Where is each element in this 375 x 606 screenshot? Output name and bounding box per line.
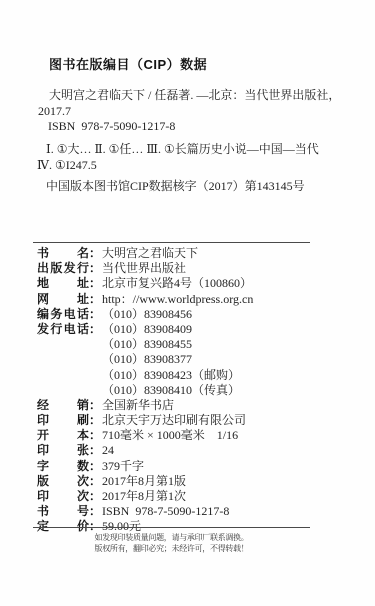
colophon-colon: ： <box>89 307 102 322</box>
colophon-value: 大明宫之君临天下 <box>102 246 198 260</box>
colophon-row: 书号：ISBN 978-7-5090-1217-8 <box>37 504 337 519</box>
colophon-row: 版次：2017年8月第1版 <box>37 474 337 489</box>
colophon-label: 印次 <box>37 489 89 504</box>
colophon-value: http：//www.worldpress.org.cn <box>102 292 253 306</box>
colophon-row: 开本：710毫米 × 1000毫米 1/16 <box>37 428 337 443</box>
colophon-label: 版次 <box>37 474 89 489</box>
colophon-row: 字数：379千字 <box>37 459 337 474</box>
cip-entry-line1: 大明宫之君临天下 / 任磊著. —北京：当代世界出版社， <box>49 88 340 103</box>
colophon-colon: ： <box>89 443 102 458</box>
colophon-value: 379千字 <box>102 459 144 473</box>
colophon-label: 书号 <box>37 504 89 519</box>
colophon-value: （010）83908423（邮购） <box>102 368 240 382</box>
colophon-label: 开本 <box>37 428 89 443</box>
colophon-value: ISBN 978-7-5090-1217-8 <box>102 504 229 518</box>
colophon-row: （010）83908423（邮购） <box>37 368 337 383</box>
colophon-colon: ： <box>89 428 102 443</box>
colophon-colon: ： <box>89 292 102 307</box>
colophon-label: 发行电话 <box>37 322 89 337</box>
colophon-row: 网址：http：//www.worldpress.org.cn <box>37 292 337 307</box>
colophon-value: 2017年8月第1版 <box>102 474 186 488</box>
footer-notice-line1: 如发现印装质量问题，请与承印厂联系调换。 <box>33 533 310 544</box>
colophon-value: 24 <box>102 443 114 457</box>
colophon-value: 2017年8月第1次 <box>102 489 186 503</box>
colophon-row: 发行电话：（010）83908409 <box>37 322 337 337</box>
cip-isbn-line: ISBN 978-7-5090-1217-8 <box>48 119 175 134</box>
colophon-row: 经销：全国新华书店 <box>37 398 337 413</box>
colophon-label: 出版发行 <box>37 261 89 276</box>
colophon-row: （010）83908410（传真） <box>37 383 337 398</box>
footer-notice: 如发现印装质量问题，请与承印厂联系调换。 版权所有，翻印必究；未经许可，不得转载… <box>33 533 310 554</box>
colophon-value: （010）83908410（传真） <box>102 383 240 397</box>
colophon-value: 710毫米 × 1000毫米 1/16 <box>102 428 238 442</box>
cip-record-line: 中国版本图书馆CIP数据核字（2017）第143145号 <box>46 179 305 194</box>
colophon-colon: ： <box>89 413 102 428</box>
colophon-row: 地址：北京市复兴路4号（100860） <box>37 276 337 291</box>
colophon-label: 书名 <box>37 246 89 261</box>
colophon-value: （010）83908456 <box>102 307 192 321</box>
colophon-value: 全国新华书店 <box>102 398 174 412</box>
colophon-row: 编务电话：（010）83908456 <box>37 307 337 322</box>
colophon-colon: ： <box>89 322 102 337</box>
colophon-value: （010）83908409 <box>102 322 192 336</box>
colophon-row: 印次：2017年8月第1次 <box>37 489 337 504</box>
colophon-value: 北京天宇万达印刷有限公司 <box>102 413 246 427</box>
colophon-label: 印刷 <box>37 413 89 428</box>
colophon-label: 地址 <box>37 276 89 291</box>
cip-entry-line2: 2017.7 <box>38 104 71 119</box>
footer-notice-line2: 版权所有，翻印必究；未经许可，不得转载！ <box>33 544 310 555</box>
colophon-label: 印张 <box>37 443 89 458</box>
colophon-colon: ： <box>89 474 102 489</box>
colophon-table: 书名：大明宫之君临天下出版发行：当代世界出版社地址：北京市复兴路4号（10086… <box>37 246 337 535</box>
cip-class-line2: Ⅳ. ①I247.5 <box>37 158 97 173</box>
colophon-colon: ： <box>89 459 102 474</box>
colophon-value: （010）83908455 <box>102 337 192 351</box>
divider-bottom <box>33 527 310 528</box>
colophon-row: 书名：大明宫之君临天下 <box>37 246 337 261</box>
colophon-row: 印刷：北京天宇万达印刷有限公司 <box>37 413 337 428</box>
divider-top <box>33 242 310 243</box>
colophon-colon: ： <box>89 504 102 519</box>
colophon-value: （010）83908377 <box>102 352 192 366</box>
colophon-colon: ： <box>89 246 102 261</box>
colophon-label: 经销 <box>37 398 89 413</box>
colophon-colon: ： <box>89 276 102 291</box>
colophon-row: 出版发行：当代世界出版社 <box>37 261 337 276</box>
colophon-row: （010）83908377 <box>37 352 337 367</box>
cip-header: 图书在版编目（CIP）数据 <box>49 54 207 73</box>
colophon-label: 网址 <box>37 292 89 307</box>
colophon-label: 编务电话 <box>37 307 89 322</box>
colophon-value: 北京市复兴路4号（100860） <box>102 276 252 290</box>
colophon-colon: ： <box>89 489 102 504</box>
colophon-colon: ： <box>89 398 102 413</box>
colophon-colon: ： <box>89 261 102 276</box>
copyright-page: 图书在版编目（CIP）数据 大明宫之君临天下 / 任磊著. —北京：当代世界出版… <box>0 0 375 606</box>
colophon-value: 当代世界出版社 <box>102 261 186 275</box>
cip-class-line1: Ⅰ. ①大… Ⅱ. ①任… Ⅲ. ①长篇历史小说—中国—当代 <box>46 142 319 157</box>
colophon-row: 印张：24 <box>37 443 337 458</box>
colophon-label: 字数 <box>37 459 89 474</box>
colophon-row: （010）83908455 <box>37 337 337 352</box>
